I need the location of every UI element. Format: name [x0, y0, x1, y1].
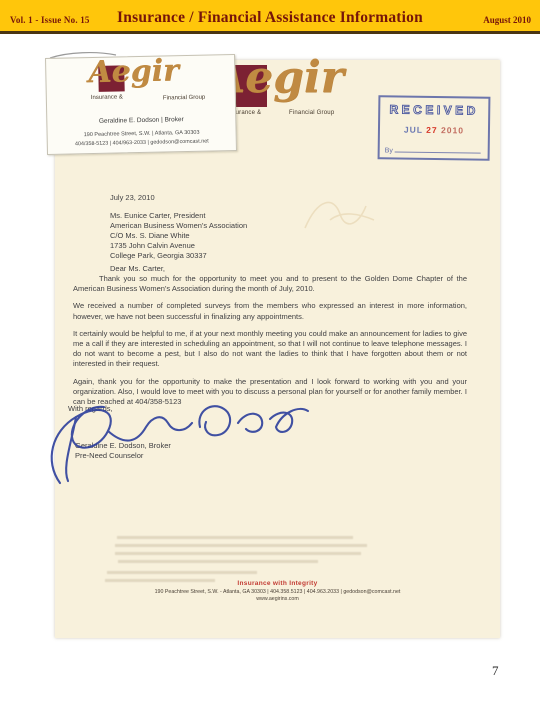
card-logo-script: Aegir	[88, 53, 179, 90]
page-number: 7	[492, 663, 499, 679]
stamp-by-line	[395, 151, 481, 153]
paragraph: It certainly would be helpful to me, if …	[73, 329, 467, 370]
stamp-by-label: By	[385, 147, 393, 154]
recipient-line: 1735 John Calvin Avenue	[110, 241, 247, 251]
footer-tagline: Insurance with Integrity	[55, 580, 500, 587]
bleedthrough-squiggle	[300, 190, 380, 240]
bleedthrough-line	[115, 552, 361, 555]
salutation: Dear Ms. Carter,	[110, 264, 165, 273]
page-title: Insurance / Financial Assistance Informa…	[0, 9, 540, 27]
business-card: Aegir Insurance & Financial Group Gerald…	[45, 54, 237, 155]
bleedthrough-line	[115, 544, 367, 547]
stamp-day: 27	[426, 125, 438, 135]
newsletter-slide: Vol. 1 - Issue No. 15 Insurance / Financ…	[0, 0, 540, 720]
newsletter-header: Vol. 1 - Issue No. 15 Insurance / Financ…	[0, 0, 540, 34]
header-date: August 2010	[483, 15, 531, 25]
stamp-year: 2010	[441, 125, 464, 135]
card-name: Geraldine E. Dodson | Broker	[47, 115, 235, 126]
recipient-line: Ms. Eunice Carter, President	[110, 211, 247, 221]
recipient-line: C/O Ms. S. Diane White	[110, 231, 247, 241]
footer-website: www.aegirins.com	[82, 596, 474, 601]
card-address: 190 Peachtree Street, S.W. | Atlanta, GA…	[55, 129, 228, 138]
bleedthrough-line	[107, 571, 257, 574]
bleedthrough-line	[117, 536, 353, 539]
card-tagline-left: Insurance &	[91, 94, 123, 101]
recipient-line: College Park, Georgia 30337	[110, 251, 247, 261]
card-tagline-right: Financial Group	[163, 95, 205, 102]
footer-contact: 190 Peachtree Street, S.W. - Atlanta, GA…	[82, 589, 474, 594]
handwritten-signature	[42, 383, 317, 488]
recipient-block: Ms. Eunice Carter, President American Bu…	[110, 211, 247, 261]
recipient-line: American Business Women's Association	[110, 221, 247, 231]
paragraph: We received a number of completed survey…	[73, 301, 467, 321]
paragraph: Thank you so much for the opportunity to…	[73, 274, 467, 294]
stamp-word: RECEIVED	[380, 102, 488, 118]
received-stamp: RECEIVED JUL 27 2010 By	[378, 95, 491, 161]
bleedthrough-line	[118, 560, 318, 563]
letter-footer: Insurance with Integrity 190 Peachtree S…	[55, 580, 500, 602]
letterhead-tagline-right: Financial Group	[289, 110, 334, 116]
stamp-month: JUL	[404, 125, 423, 135]
stamp-date: JUL 27 2010	[380, 124, 488, 136]
stamp-by: By	[385, 147, 481, 155]
letter-date: July 23, 2010	[110, 193, 155, 202]
card-contact: 404/358-5123 | 404/963-2033 | gedodson@c…	[57, 139, 226, 148]
